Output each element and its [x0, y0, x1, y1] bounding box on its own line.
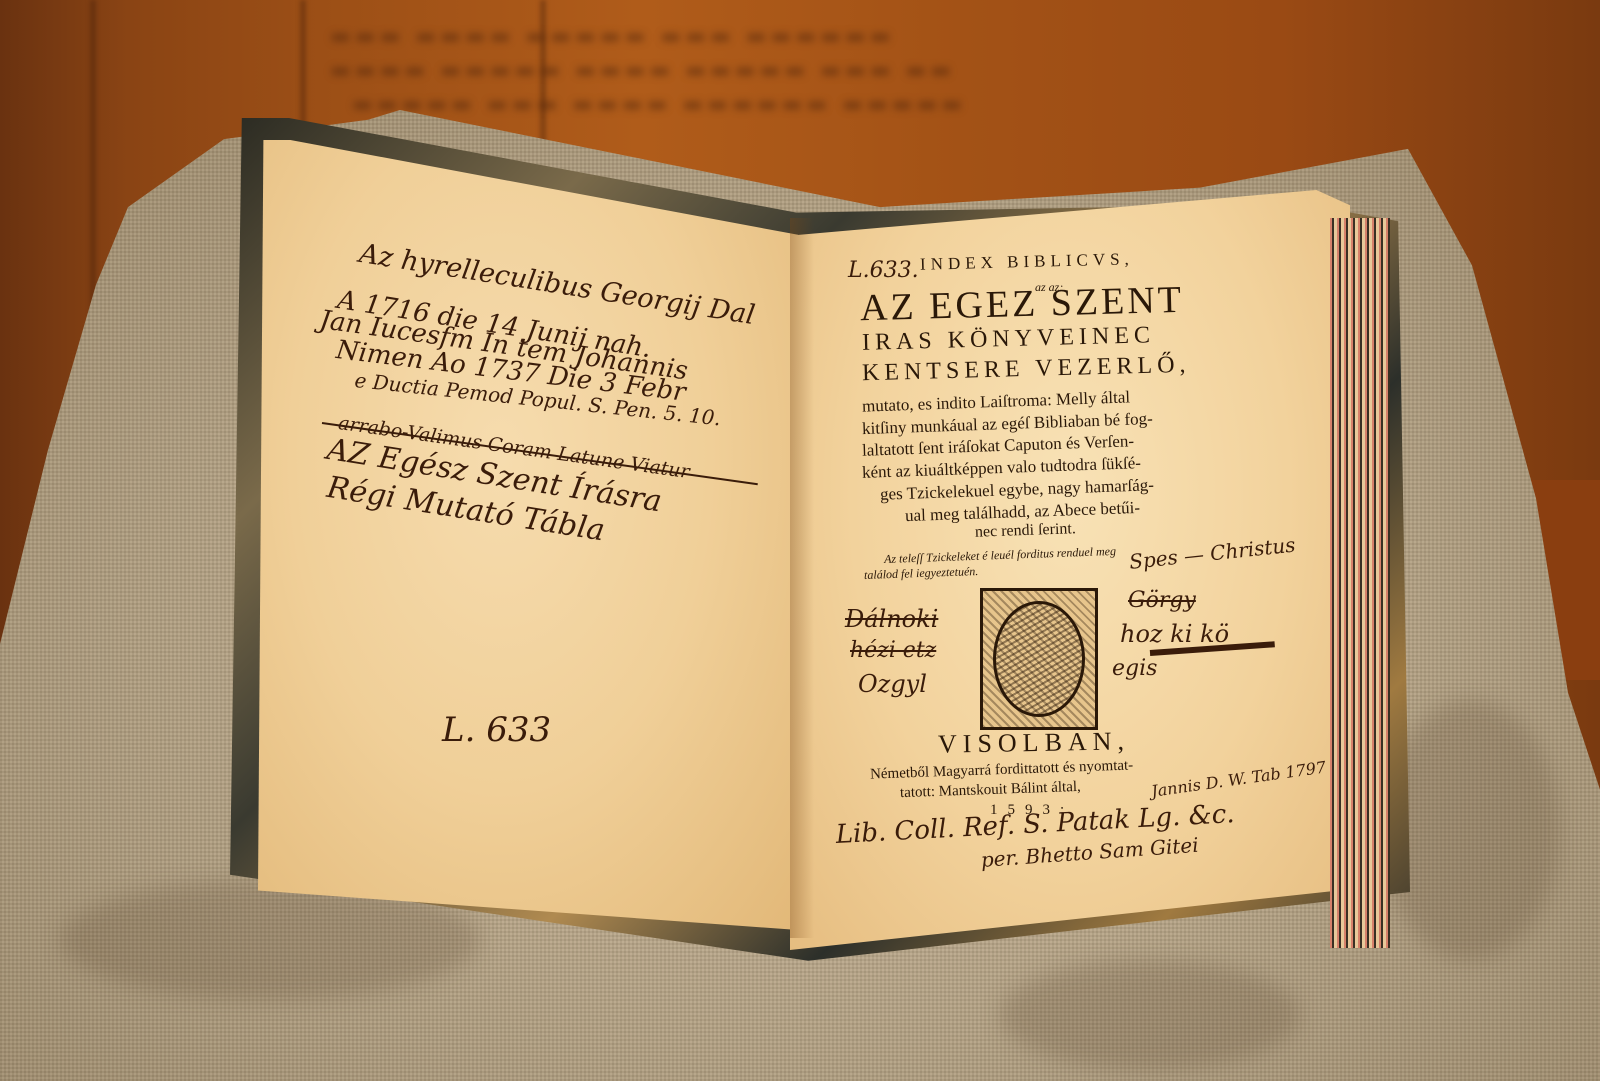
printers-woodcut-device [980, 588, 1098, 730]
page-edges [1330, 218, 1390, 948]
handwritten-crossed-note: Ozgyl [858, 670, 927, 698]
handwritten-crossed-note: Dálnoki [845, 605, 938, 633]
handwritten-note-right: egis [1112, 656, 1157, 681]
handwritten-crossed-note: hézi etz [850, 638, 936, 663]
body-line: nec rendi ſerint. [975, 520, 1076, 542]
right-page-shelfmark: L.633. [848, 258, 919, 283]
imprint-place: VISOLBAN, [938, 726, 1130, 759]
left-page-shelfmark: L. 633 [442, 710, 551, 750]
handwritten-note-right: hoz ki kö [1120, 620, 1229, 648]
gutter-shadow [790, 218, 814, 938]
handwritten-note-right: Görgy [1128, 588, 1196, 613]
